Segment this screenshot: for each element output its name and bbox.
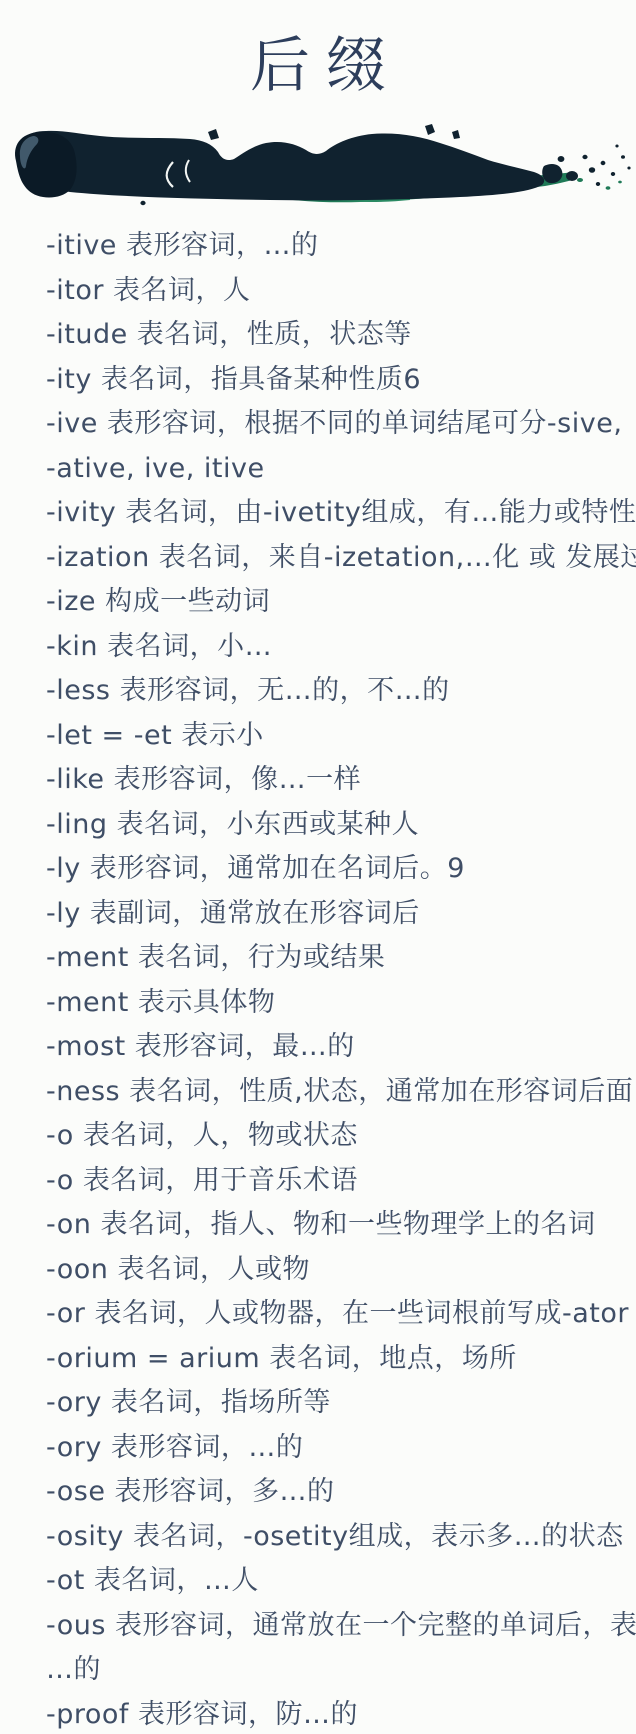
list-item: -let = -et 表示小 xyxy=(46,714,626,759)
list-item: -ous 表形容词，通常放在一个完整的单词后，表示 xyxy=(46,1604,626,1649)
list-item: -ive 表形容词，根据不同的单词结尾可分-sive, xyxy=(46,402,626,447)
list-item: -ory 表名词，指场所等 xyxy=(46,1381,626,1426)
list-item: -on 表名词，指人、物和一些物理学上的名词 xyxy=(46,1203,626,1248)
list-item: -itude 表名词，性质，状态等 xyxy=(46,313,626,358)
list-item: -proof 表形容词，防…的 xyxy=(46,1693,626,1734)
ink-brush-stroke-icon xyxy=(0,116,636,216)
list-item: -osity 表名词，-osetity组成，表示多…的状态 xyxy=(46,1515,626,1560)
list-item: -most 表形容词，最…的 xyxy=(46,1025,626,1070)
list-item: -kin 表名词，小… xyxy=(46,625,626,670)
list-item: -orium = arium 表名词，地点，场所 xyxy=(46,1337,626,1382)
list-item: -or 表名词，人或物器，在一些词根前写成-ator xyxy=(46,1292,626,1337)
list-item: -o 表名词，人，物或状态 xyxy=(46,1114,626,1159)
list-item: -ness 表名词，性质,状态，通常加在形容词后面 xyxy=(46,1070,626,1115)
list-item: -ize 构成一些动词 xyxy=(46,580,626,625)
list-item: -ory 表形容词，…的 xyxy=(46,1426,626,1471)
list-item: -oon 表名词，人或物 xyxy=(46,1248,626,1293)
list-item: -ly 表形容词，通常加在名词后。9 xyxy=(46,847,626,892)
list-item: -ose 表形容词，多…的 xyxy=(46,1470,626,1515)
list-item: -ization 表名词，来自-izetation,…化 或 发展过程 xyxy=(46,536,626,581)
list-item: -itor 表名词，人 xyxy=(46,269,626,314)
list-item: -ity 表名词，指具备某种性质6 xyxy=(46,358,626,403)
list-item: -ly 表副词，通常放在形容词后 xyxy=(46,892,626,937)
notes-page: 后缀 -itive 表形容词，…的-itor 表名 xyxy=(0,0,636,1734)
list-item: -o 表名词，用于音乐术语 xyxy=(46,1159,626,1204)
suffix-list: -itive 表形容词，…的-itor 表名词，人-itude 表名词，性质，状… xyxy=(46,224,626,1734)
list-item: -ment 表名词，行为或结果 xyxy=(46,936,626,981)
list-item: -ling 表名词，小东西或某种人 xyxy=(46,803,626,848)
list-item: -itive 表形容词，…的 xyxy=(46,224,626,269)
list-item: -like 表形容词，像…一样 xyxy=(46,758,626,803)
list-item: -ment 表示具体物 xyxy=(46,981,626,1026)
list-item: -ivity 表名词，由-ivetity组成，有…能力或特性 xyxy=(46,491,626,536)
list-item: -ot 表名词，…人 xyxy=(46,1559,626,1604)
list-item: -ative, ive, itive xyxy=(46,447,626,492)
list-item: -less 表形容词，无…的，不…的 xyxy=(46,669,626,714)
page-title: 后缀 xyxy=(0,30,636,102)
list-item: …的 xyxy=(46,1648,626,1693)
